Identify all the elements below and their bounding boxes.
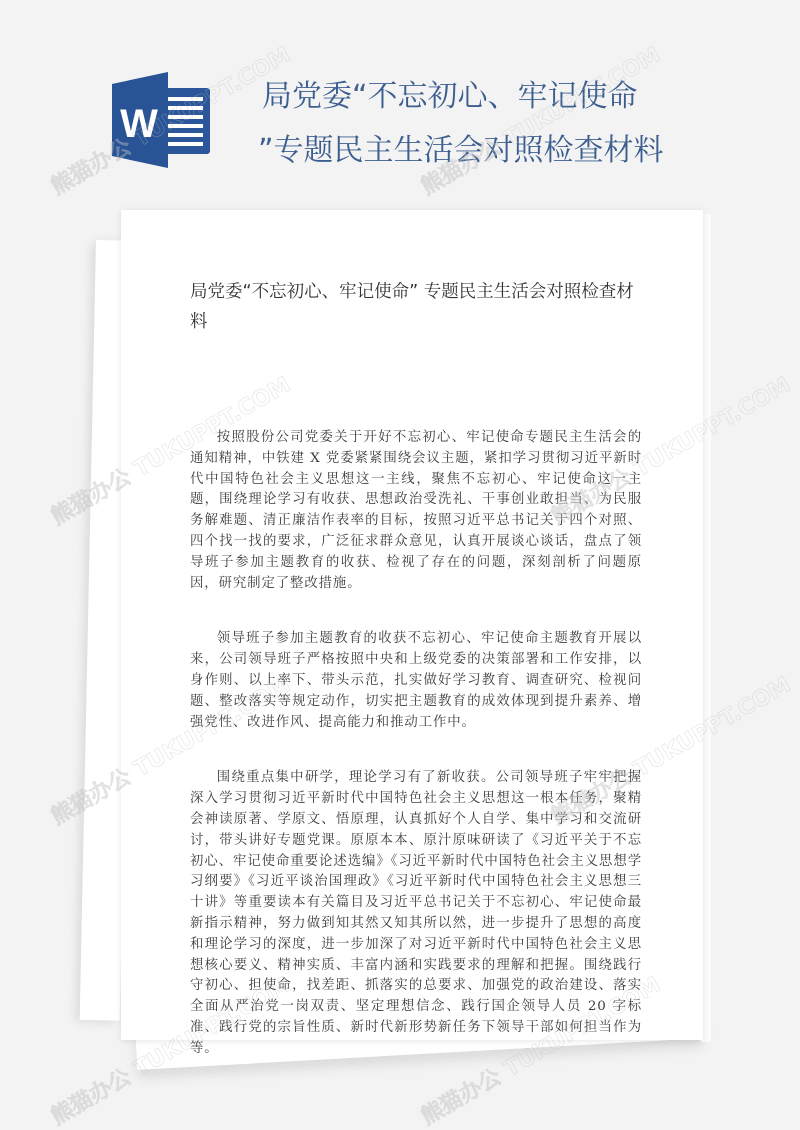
paragraph: 围绕重点集中研学，理论学习有了新收获。公司领导班子牢牢把握深入学习贯彻习近平新时… [190,768,642,1059]
svg-text:W: W [120,102,158,146]
document-body: 按照股份公司党委关于开好不忘初心、牢记使命专题民主生活会的通知精神，中铁建 X … [190,428,642,1095]
preview-header: W 局党委“不忘初心、牢记使命 ”专题民主生活会对照检查材料 [0,0,800,200]
document-page: 局党委“不忘初心、牢记使命” 专题民主生活会对照检查材料 按照股份公司党委关于开… [121,210,703,1040]
paragraph: 按照股份公司党委关于开好不忘初心、牢记使命专题民主生活会的通知精神，中铁建 X … [190,428,642,594]
header-title: 局党委“不忘初心、牢记使命 ”专题民主生活会对照检查材料 [262,70,742,178]
word-document-icon: W [108,70,212,170]
paragraph: 领导班子参加主题教育的收获不忘初心、牢记使命主题教育开展以来，公司领导班子严格按… [190,629,642,733]
document-title: 局党委“不忘初心、牢记使命” 专题民主生活会对照检查材料 [190,277,650,337]
header-title-line-1: 局党委“不忘初心、牢记使命 [262,70,742,124]
header-title-line-2: ”专题民主生活会对照检查材料 [258,124,742,178]
